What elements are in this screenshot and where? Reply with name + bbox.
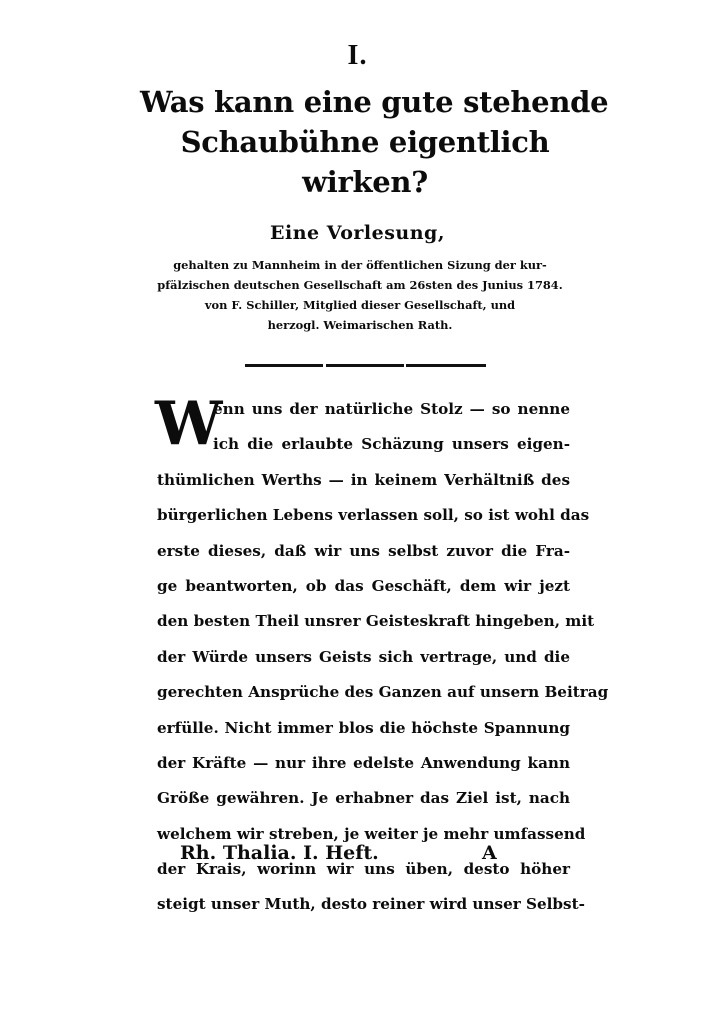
signature-mark: A: [482, 842, 497, 864]
text-line: bürgerlichen Lebens verlassen soll, so i…: [157, 498, 570, 533]
occasion-line: von F. Schiller, Mitglied dieser Gesells…: [150, 295, 570, 315]
text-line: gerechten Ansprüche des Ganzen auf unser…: [157, 675, 570, 710]
chapter-number: I.: [0, 40, 715, 72]
title-line: Schaubühne eigentlich: [140, 122, 590, 162]
text-line: steigt unser Muth, desto reiner wird uns…: [157, 887, 570, 922]
separator-rule: [326, 364, 404, 367]
occasion-line: herzogl. Weimarischen Rath.: [150, 315, 570, 335]
occasion-line: pfälzischen deutschen Gesellschaft am 26…: [150, 275, 570, 295]
subtitle: Eine Vorlesung,: [0, 222, 715, 244]
text-line: der Kräfte — nur ihre edelste Anwendung …: [157, 746, 570, 781]
book-page: I. Was kann eine gute stehende Schaubühn…: [0, 0, 715, 1024]
occasion-line: gehalten zu Mannheim in der öffentlichen…: [150, 255, 570, 275]
text-line: den besten Theil unsrer Geisteskraft hin…: [157, 604, 570, 639]
occasion-note: gehalten zu Mannheim in der öffentlichen…: [150, 255, 570, 335]
text-line: erfülle. Nicht immer blos die höchste Sp…: [157, 711, 570, 746]
text-line: der Würde unsers Geists sich vertrage, u…: [157, 640, 570, 675]
separator-rule: [406, 364, 486, 367]
separator-rule: [245, 364, 323, 367]
text-line: enn uns der natürliche Stolz — so nenne: [157, 392, 570, 427]
title-line: wirken?: [140, 162, 590, 202]
text-line: erste dieses, daß wir uns selbst zuvor d…: [157, 534, 570, 569]
text-line: Größe gewähren. Je erhabner das Ziel ist…: [157, 781, 570, 816]
text-line: ich die erlaubte Schäzung unsers eigen-: [157, 427, 570, 462]
text-line: thümlichen Werths — in keinem Verhältniß…: [157, 463, 570, 498]
text-line: ge beantworten, ob das Geschäft, dem wir…: [157, 569, 570, 604]
title-line: Was kann eine gute stehende: [140, 82, 590, 122]
essay-title: Was kann eine gute stehende Schaubühne e…: [140, 82, 590, 202]
running-title: Rh. Thalia. I. Heft.: [180, 842, 379, 864]
